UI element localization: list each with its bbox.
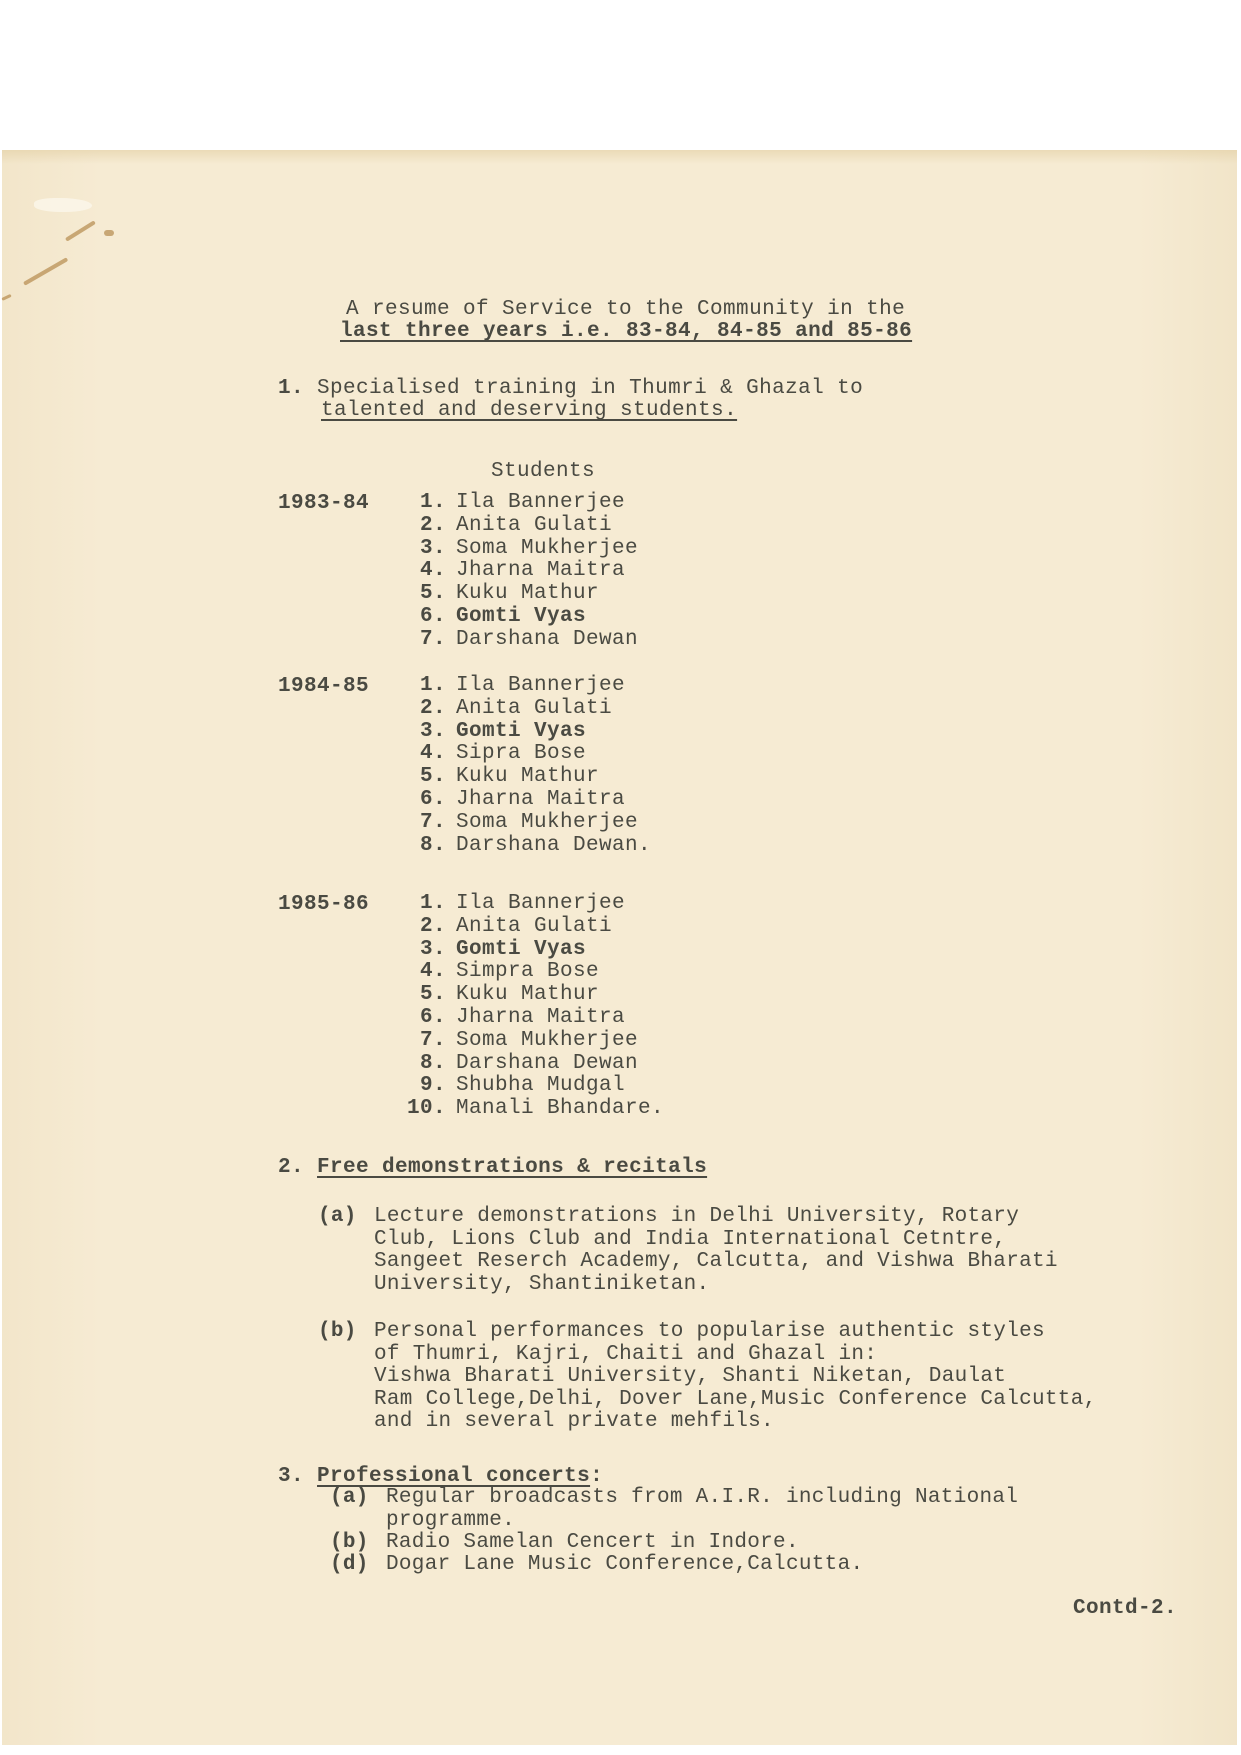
item-label: (a) (318, 1206, 357, 1229)
item-text: Personal performances to popularise auth… (374, 1321, 1097, 1434)
student-list-1984-85: 1.Ila Bannerjee 2.Anita Gulati 3.Gomti V… (402, 675, 651, 857)
item-text: Dogar Lane Music Conference,Calcutta. (386, 1554, 863, 1577)
students-label: Students (491, 460, 595, 483)
section3-number: 3. (278, 1465, 304, 1488)
paper-tear-mark (34, 198, 92, 212)
section1-heading-line1: Specialised training in Thumri & Ghazal … (317, 377, 863, 400)
section1-heading: 1. Specialised training in Thumri & Ghaz… (278, 377, 863, 400)
section2-heading-text: Free demonstrations & recitals (317, 1156, 707, 1179)
section3-item-b: (b) Radio Samelan Cencert in Indore. (330, 1532, 799, 1555)
section3-heading: 3. Professional concerts: (278, 1465, 603, 1488)
student-item: 5.Kuku Mathur (402, 766, 651, 789)
student-item: 10.Manali Bhandare. (402, 1098, 664, 1121)
student-item: 4.Simpra Bose (402, 961, 664, 984)
year-label-1983-84: 1983-84 (278, 492, 369, 515)
student-item: 1.Ila Bannerjee (402, 893, 664, 916)
section2-item-b: (b) Personal performances to popularise … (318, 1321, 1097, 1434)
item-label: (a) (330, 1487, 369, 1510)
student-item: 4.Sipra Bose (402, 743, 651, 766)
rust-stain-mark (104, 230, 114, 236)
student-item: 1.Ila Bannerjee (402, 492, 638, 515)
student-list-1985-86: 1.Ila Bannerjee 2.Anita Gulati 3.Gomti V… (402, 893, 664, 1121)
student-item: 2.Anita Gulati (402, 515, 638, 538)
student-item: 4.Jharna Maitra (402, 560, 638, 583)
student-item: 8.Darshana Dewan (402, 1053, 664, 1076)
section3-item-d: (d) Dogar Lane Music Conference,Calcutta… (330, 1554, 863, 1577)
section2-item-a: (a) Lecture demonstrations in Delhi Univ… (318, 1206, 1058, 1296)
student-list-1983-84: 1.Ila Bannerjee 2.Anita Gulati 3.Soma Mu… (402, 492, 638, 652)
student-item: 2.Anita Gulati (402, 698, 651, 721)
year-label-1984-85: 1984-85 (278, 675, 369, 698)
student-item: 3.Gomti Vyas (402, 721, 651, 744)
student-item: 7.Darshana Dewan (402, 629, 638, 652)
document-title-line1: A resume of Service to the Community in … (346, 298, 905, 321)
item-label: (b) (330, 1532, 369, 1555)
rust-stain-mark (65, 220, 96, 241)
student-item: 6.Gomti Vyas (402, 606, 638, 629)
section2-number: 2. (278, 1156, 304, 1179)
student-item: 6.Jharna Maitra (402, 1007, 664, 1030)
section3-heading-text: Professional concerts (317, 1465, 590, 1488)
student-item: 1.Ila Bannerjee (402, 675, 651, 698)
rust-stain-mark (23, 257, 68, 285)
student-item: 7.Soma Mukherjee (402, 812, 651, 835)
item-label: (d) (330, 1554, 369, 1577)
item-text: Lecture demonstrations in Delhi Universi… (374, 1206, 1058, 1296)
student-item: 8.Darshana Dewan. (402, 835, 651, 858)
section3-item-a: (a) Regular broadcasts from A.I.R. inclu… (330, 1487, 1018, 1532)
student-item: 7.Soma Mukherjee (402, 1030, 664, 1053)
student-item: 5.Kuku Mathur (402, 583, 638, 606)
year-label-1985-86: 1985-86 (278, 893, 369, 916)
section1-number: 1. (278, 377, 304, 400)
item-label: (b) (318, 1321, 357, 1344)
section1-heading-line2: talented and deserving students. (321, 399, 737, 422)
student-item: 6.Jharna Maitra (402, 789, 651, 812)
student-item: 9.Shubha Mudgal (402, 1075, 664, 1098)
student-item: 3.Soma Mukherjee (402, 538, 638, 561)
student-item: 2.Anita Gulati (402, 916, 664, 939)
student-item: 3.Gomti Vyas (402, 939, 664, 962)
continued-note: Contd-2. (1073, 1597, 1177, 1620)
student-item: 5.Kuku Mathur (402, 984, 664, 1007)
item-text: Regular broadcasts from A.I.R. including… (386, 1487, 1018, 1532)
item-text: Radio Samelan Cencert in Indore. (386, 1532, 799, 1555)
rust-stain-mark (1, 294, 11, 301)
document-title-line2: last three years i.e. 83-84, 84-85 and 8… (340, 320, 912, 343)
section2-heading: 2. Free demonstrations & recitals (278, 1156, 707, 1179)
